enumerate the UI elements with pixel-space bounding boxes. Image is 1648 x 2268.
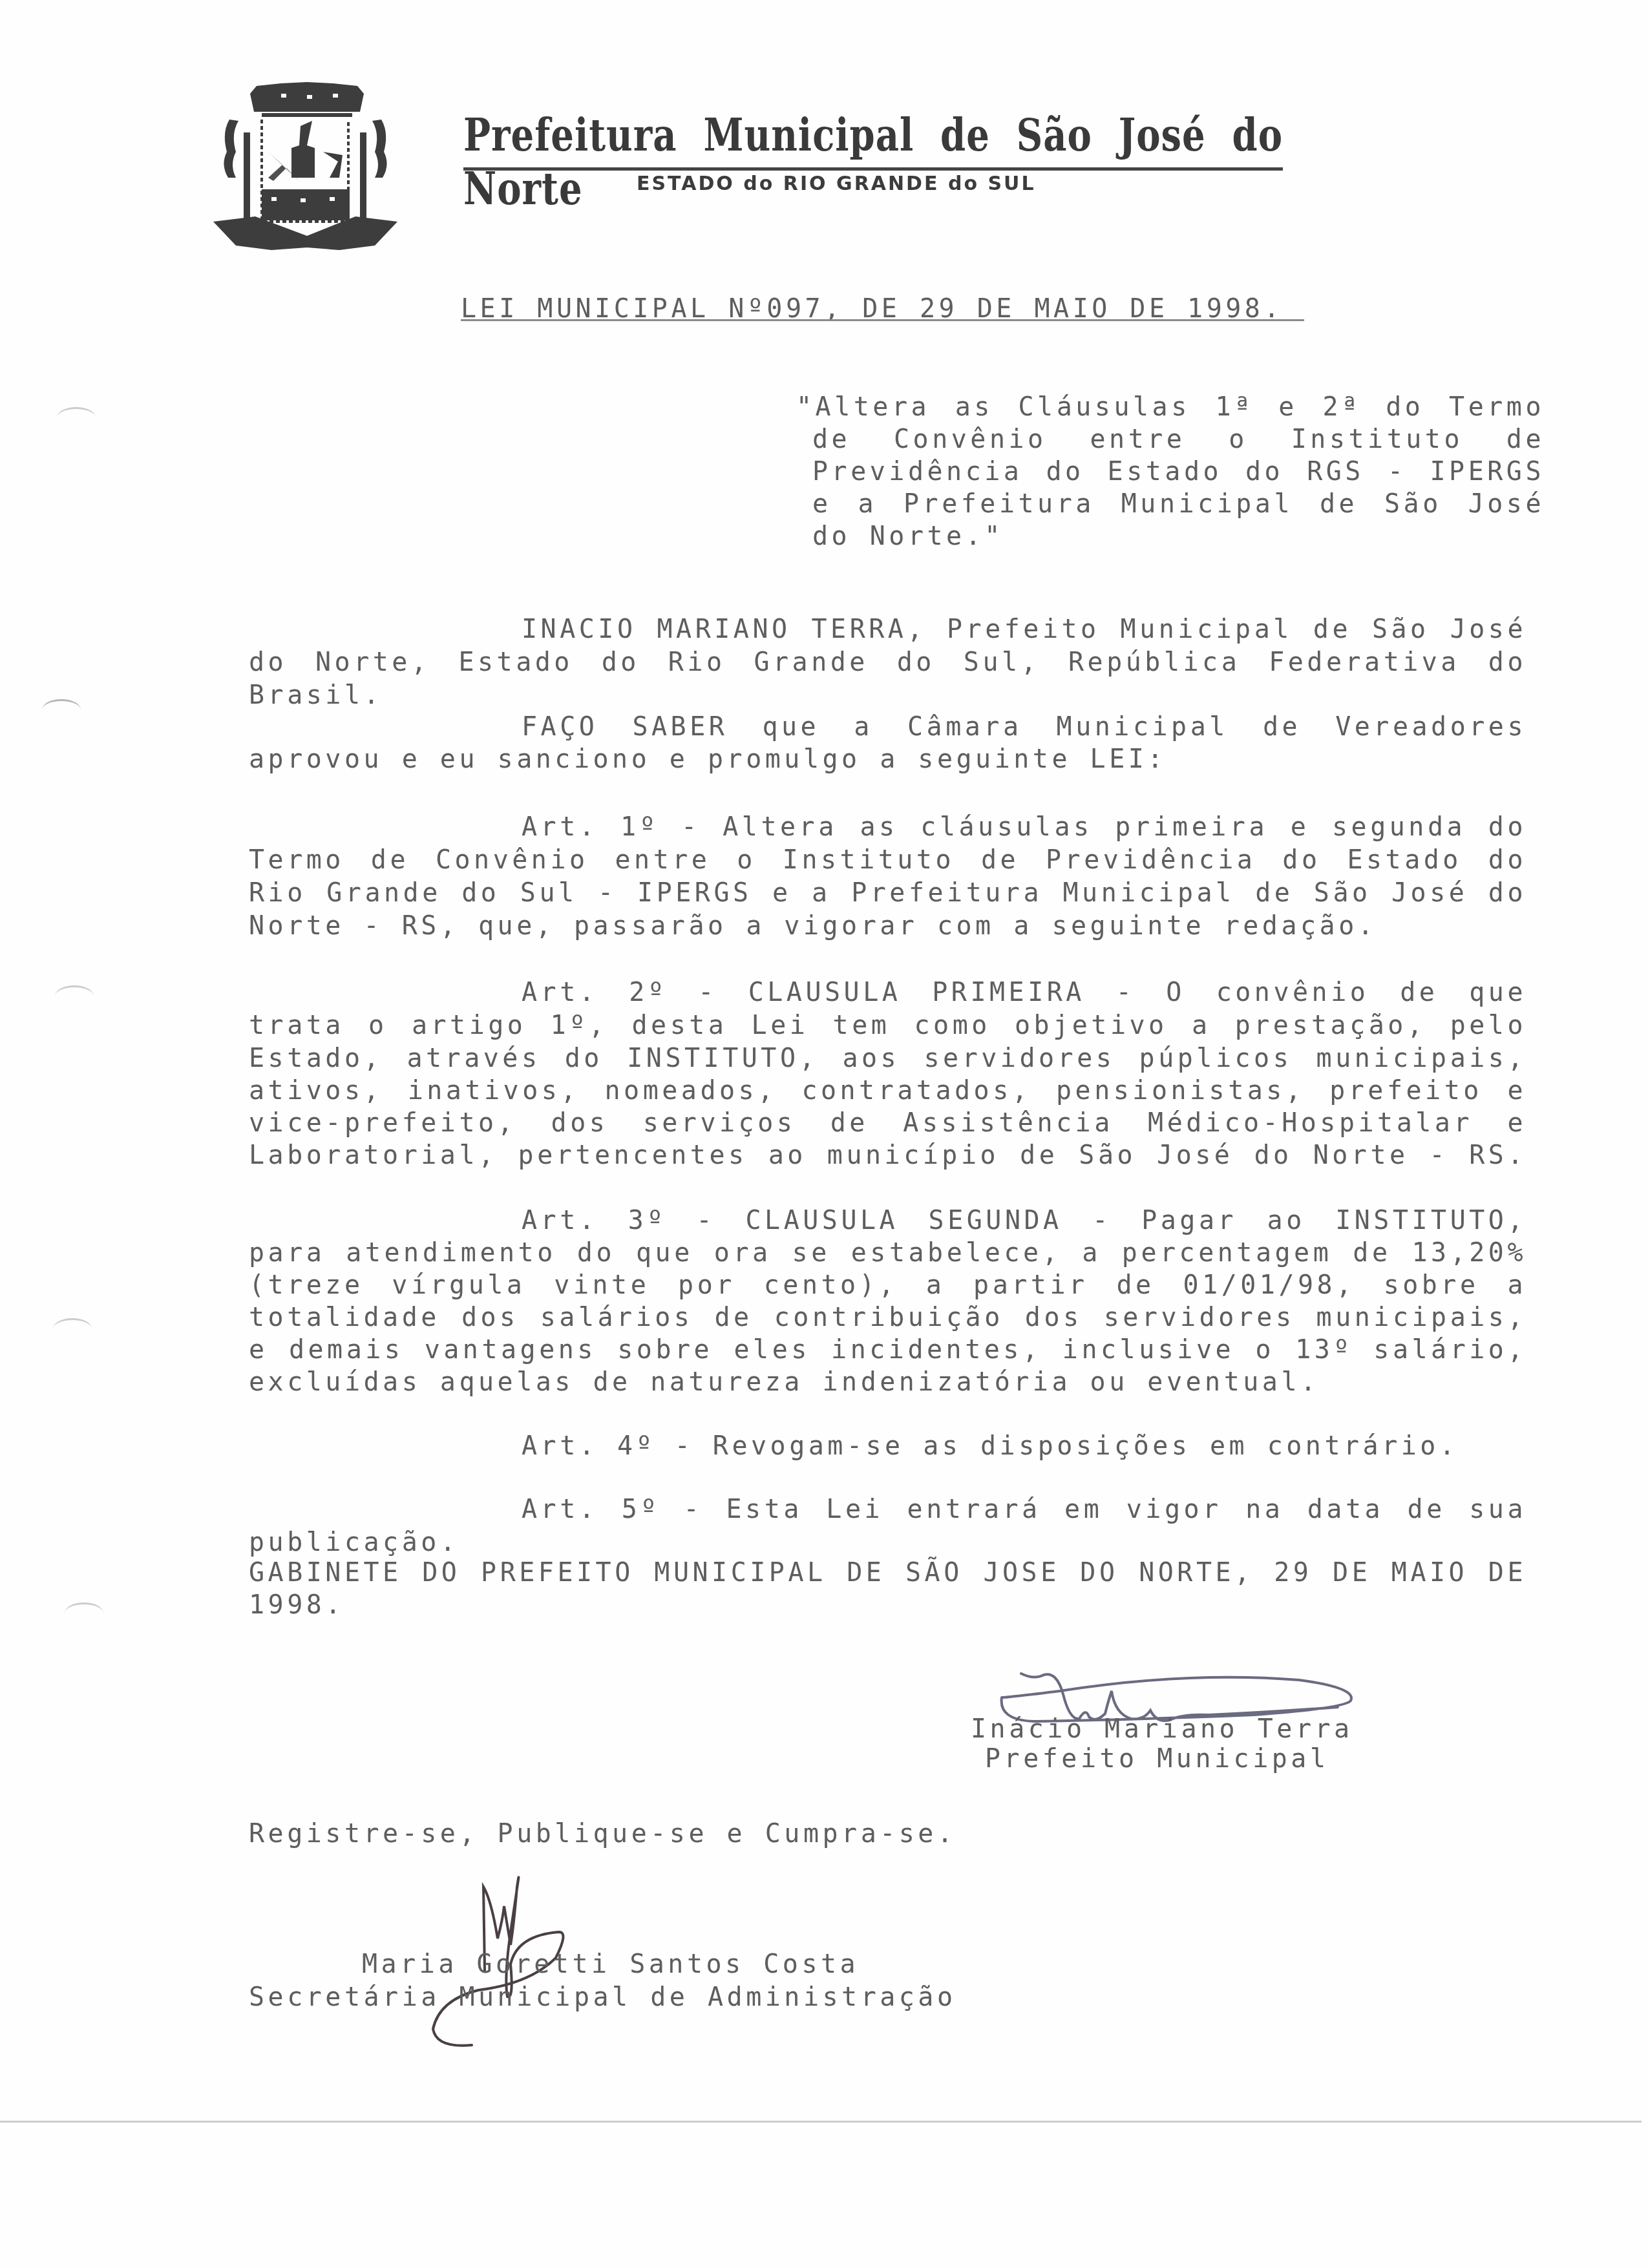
preamble-line: Brasil. — [249, 678, 383, 712]
punch-hole-mark — [42, 699, 81, 720]
letterhead-subtitle: ESTADO do RIO GRANDE do SUL — [637, 173, 1036, 195]
letterhead-title: Prefeitura Municipal de São José do Nort… — [463, 109, 1283, 215]
article-line: Laboratorial, pertencentes ao município … — [249, 1139, 1527, 1172]
summary-line: e a Prefeitura Municipal de São José — [812, 487, 1545, 521]
secretary-name: Maria Goretti Santos Costa — [362, 1948, 859, 1981]
article-line: Art. 2º - CLAUSULA PRIMEIRA - O convênio… — [522, 976, 1527, 1009]
summary-line: do Norte." — [812, 520, 1004, 553]
law-title-underline — [461, 319, 1304, 321]
summary-line: de Convênio entre o Instituto de — [812, 423, 1545, 456]
article-line: Art. 3º - CLAUSULA SEGUNDA - Pagar ao IN… — [522, 1204, 1527, 1237]
article-line: Art. 5º - Esta Lei entrará em vigor na d… — [522, 1493, 1527, 1526]
preamble-line: do Norte, Estado do Rio Grande do Sul, R… — [249, 646, 1527, 679]
preamble-line: FAÇO SABER que a Câmara Municipal de Ver… — [522, 710, 1527, 744]
mayor-role: Prefeito Municipal — [985, 1742, 1329, 1776]
punch-hole-mark — [53, 1318, 92, 1339]
closing-line: 1998. — [249, 1588, 344, 1622]
mayor-name: Inácio Mariano Terra — [971, 1712, 1353, 1746]
article-line: vice-prefeito, dos serviços de Assistênc… — [249, 1106, 1527, 1140]
preamble-line: INACIO MARIANO TERRA, Prefeito Municipal… — [522, 613, 1527, 646]
preamble-line: aprovou e eu sanciono e promulgo a segui… — [249, 742, 1167, 776]
secretary-role: Secretária Municipal de Administração — [249, 1980, 956, 2014]
article-line: (treze vírgula vinte por cento), a parti… — [249, 1268, 1527, 1302]
summary-line: "Altera as Cláusulas 1ª e 2ª do Termo — [796, 390, 1545, 424]
article-line: trata o artigo 1º, desta Lei tem como ob… — [249, 1009, 1527, 1042]
article-line: e demais vantagens sobre eles incidentes… — [249, 1333, 1527, 1367]
article-line: ativos, inativos, nomeados, contratados,… — [249, 1074, 1527, 1108]
article-line: Estado, através do INSTITUTO, aos servid… — [249, 1042, 1527, 1075]
article-line: excluídas aquelas de natureza indenizató… — [249, 1365, 1320, 1399]
article-line: Rio Grande do Sul - IPERGS e a Prefeitur… — [249, 876, 1527, 910]
punch-hole-mark — [57, 407, 96, 428]
letterhead-underline — [463, 167, 1283, 171]
punch-hole-mark — [55, 985, 94, 1007]
punch-hole-mark — [65, 1602, 103, 1624]
document-page: Prefeitura Municipal de São José do Nort… — [0, 0, 1648, 2268]
article-line: publicação. — [249, 1526, 459, 1559]
article-4: Art. 4º - Revogam-se as disposições em c… — [522, 1429, 1459, 1463]
article-line: totalidade dos salários de contribuição … — [249, 1301, 1527, 1334]
article-line: Art. 1º - Altera as cláusulas primeira e… — [522, 810, 1527, 844]
article-line: Norte - RS, que, passarão a vigorar com … — [249, 909, 1377, 943]
coat-of-arms-icon — [210, 81, 401, 255]
summary-line: Previdência do Estado do RGS - IPERGS — [812, 455, 1545, 488]
article-line: Termo de Convênio entre o Instituto de P… — [249, 843, 1527, 877]
closing-line: GABINETE DO PREFEITO MUNICIPAL DE SÃO JO… — [249, 1556, 1527, 1590]
page-edge-line — [0, 2121, 1642, 2123]
publication-order: Registre-se, Publique-se e Cumpra-se. — [249, 1817, 956, 1851]
article-line: para atendimento do que ora se estabelec… — [249, 1236, 1527, 1270]
